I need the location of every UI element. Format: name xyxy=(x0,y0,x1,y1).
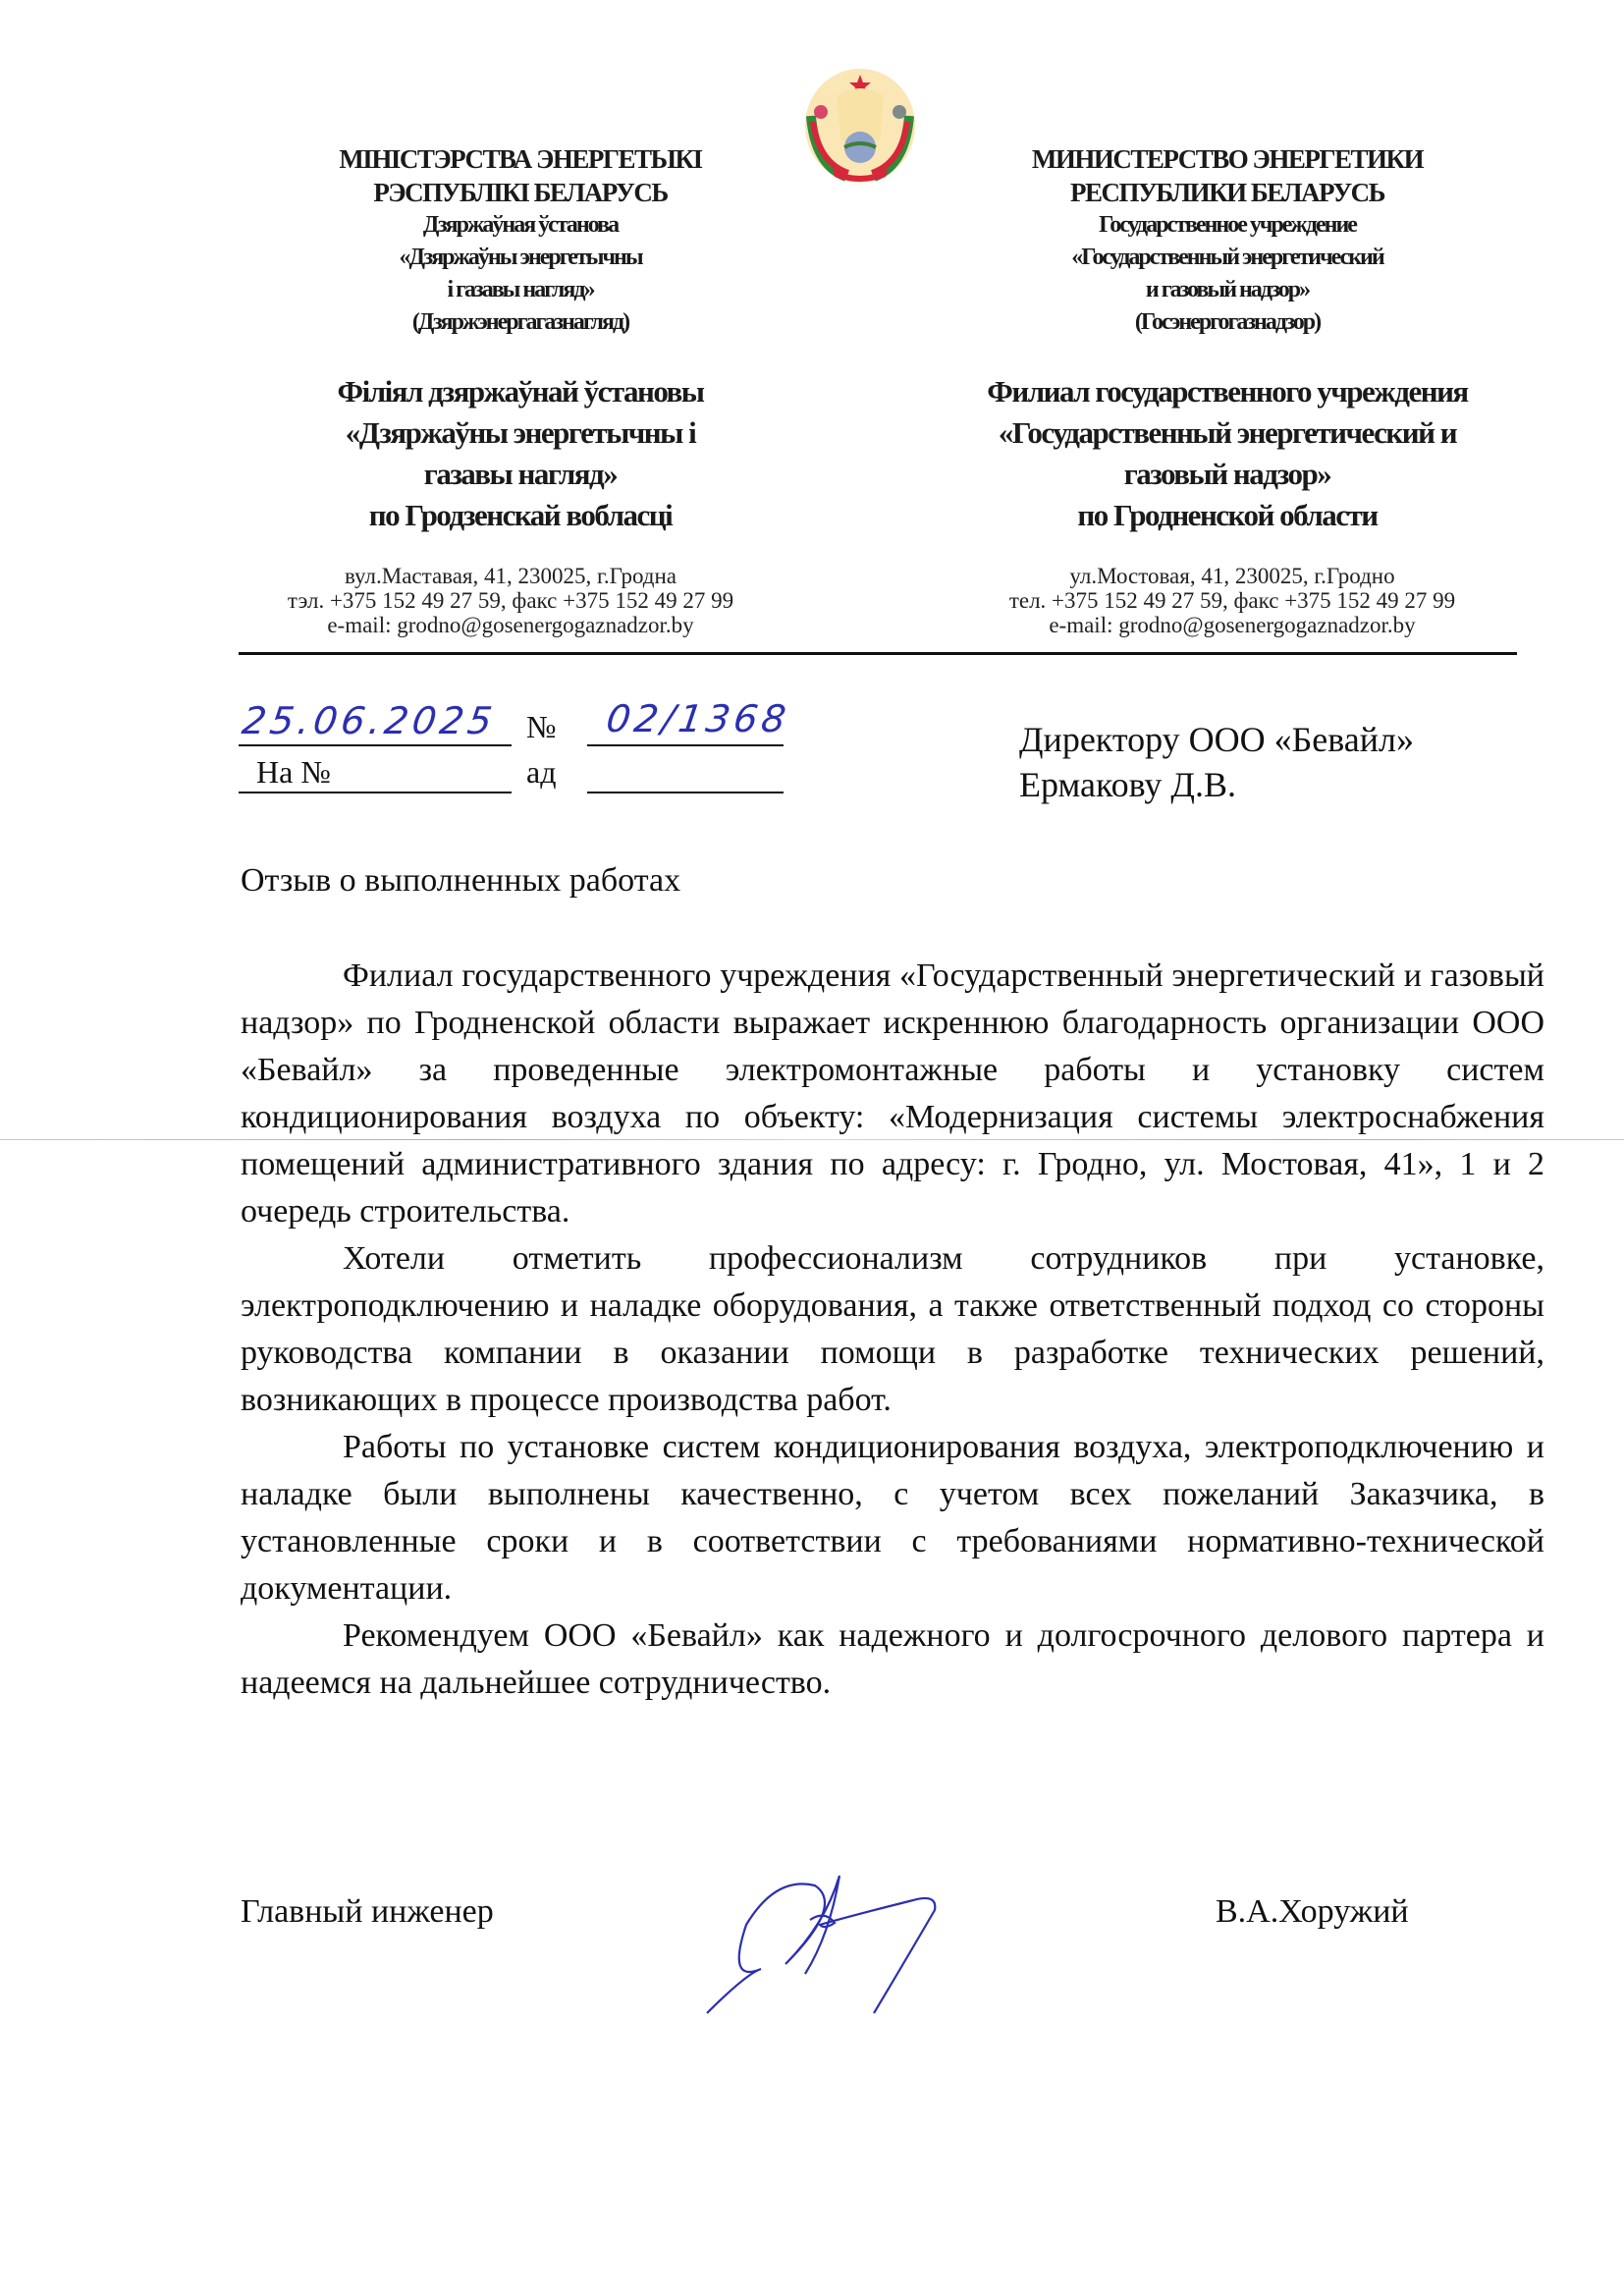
institution-short-ru: (Госэнергогазнадзор) xyxy=(943,306,1512,339)
institution-name-ru-2: и газовый надзор» xyxy=(943,274,1512,306)
branch-name-by-4: по Гродзенскай вобласці xyxy=(275,495,766,536)
recipient-position: Директору ООО «Бевайл» xyxy=(1019,717,1414,762)
from-label: ад xyxy=(526,754,556,791)
branch-right: Филиал государственного учреждения «Госу… xyxy=(923,371,1532,536)
reply-to-label: На № xyxy=(256,754,331,791)
branch-name-by-1: Філіял дзяржаўнай ўстановы xyxy=(275,371,766,412)
branch-name-ru-2: «Государственный энергетический и xyxy=(923,412,1532,454)
address-by: вул.Маставая, 41, 230025, г.Гродна xyxy=(236,564,785,588)
address-ru: ул.Мостовая, 41, 230025, г.Гродно xyxy=(943,564,1522,588)
body-paragraph-3: Работы по установке систем кондициониров… xyxy=(241,1424,1544,1613)
date-field: 25.06.2025 xyxy=(239,705,512,746)
number-label: № xyxy=(526,709,557,745)
signatory-position: Главный инженер xyxy=(241,1893,494,1931)
letterhead-right: МИНИСТЕРСТВО ЭНЕРГЕТИКИ РЕСПУБЛИКИ БЕЛАР… xyxy=(943,142,1512,339)
branch-left: Філіял дзяржаўнай ўстановы «Дзяржаўны эн… xyxy=(275,371,766,536)
branch-name-ru-1: Филиал государственного учреждения xyxy=(923,371,1532,412)
letterhead-divider xyxy=(239,652,1517,655)
body-paragraph-1: Филиал государственного учреждения «Госу… xyxy=(241,953,1544,1235)
branch-name-ru-3: газовый надзор» xyxy=(923,454,1532,495)
email-by: e-mail: grodno@gosenergogaznadzor.by xyxy=(236,613,785,637)
branch-name-ru-4: по Гродненской области xyxy=(923,495,1532,536)
reply-to-field: На № xyxy=(239,754,512,793)
institution-name-by-1: «Дзяржаўны энергетычны xyxy=(275,242,766,274)
institution-type-ru: Государственное учреждение xyxy=(943,209,1512,242)
ministry-name-ru: МИНИСТЕРСТВО ЭНЕРГЕТИКИ xyxy=(943,142,1512,176)
letter-subject: Отзыв о выполненных работах xyxy=(241,862,680,900)
handwritten-date: 25.06.2025 xyxy=(240,699,499,742)
number-field: 02/1368 xyxy=(587,705,784,746)
letter-body: Филиал государственного учреждения «Госу… xyxy=(241,953,1544,1707)
branch-name-by-3: газавы нагляд» xyxy=(275,454,766,495)
republic-name-ru: РЕСПУБЛИКИ БЕЛАРУСЬ xyxy=(943,176,1512,209)
handwritten-signature-icon xyxy=(687,1866,1080,2023)
phone-by: тэл. +375 152 49 27 59, факс +375 152 49… xyxy=(236,588,785,613)
recipient-block: Директору ООО «Бевайл» Ермакову Д.В. xyxy=(1019,717,1414,807)
body-paragraph-2: Хотели отметить профессионализм сотрудни… xyxy=(241,1235,1544,1424)
recipient-name: Ермакову Д.В. xyxy=(1019,762,1414,807)
institution-name-by-2: і газавы нагляд» xyxy=(275,274,766,306)
letterhead-left: МІНІСТЭРСТВА ЭНЕРГЕТЫКІ РЭСПУБЛІКІ БЕЛАР… xyxy=(275,142,766,339)
institution-name-ru-1: «Государственный энергетический xyxy=(943,242,1512,274)
institution-type-by: Дзяржаўная ўстанова xyxy=(275,209,766,242)
branch-name-by-2: «Дзяржаўны энергетычны і xyxy=(275,412,766,454)
handwritten-number: 02/1368 xyxy=(604,697,792,740)
email-ru: e-mail: grodno@gosenergogaznadzor.by xyxy=(943,613,1522,637)
phone-ru: тел. +375 152 49 27 59, факс +375 152 49… xyxy=(943,588,1522,613)
signatory-name: В.А.Хоружий xyxy=(1216,1893,1409,1931)
body-paragraph-4: Рекомендуем ООО «Бевайл» как надежного и… xyxy=(241,1613,1544,1707)
from-field xyxy=(587,754,784,793)
ministry-name-by: МІНІСТЭРСТВА ЭНЕРГЕТЫКІ xyxy=(275,142,766,176)
institution-short-by: (Дзяржэнергагазнагляд) xyxy=(275,306,766,339)
contacts-left: вул.Маставая, 41, 230025, г.Гродна тэл. … xyxy=(236,564,785,637)
scan-fold-line xyxy=(0,1139,1624,1140)
republic-name-by: РЭСПУБЛІКІ БЕЛАРУСЬ xyxy=(275,176,766,209)
contacts-right: ул.Мостовая, 41, 230025, г.Гродно тел. +… xyxy=(943,564,1522,637)
belarus-coat-of-arms-icon xyxy=(797,61,923,187)
